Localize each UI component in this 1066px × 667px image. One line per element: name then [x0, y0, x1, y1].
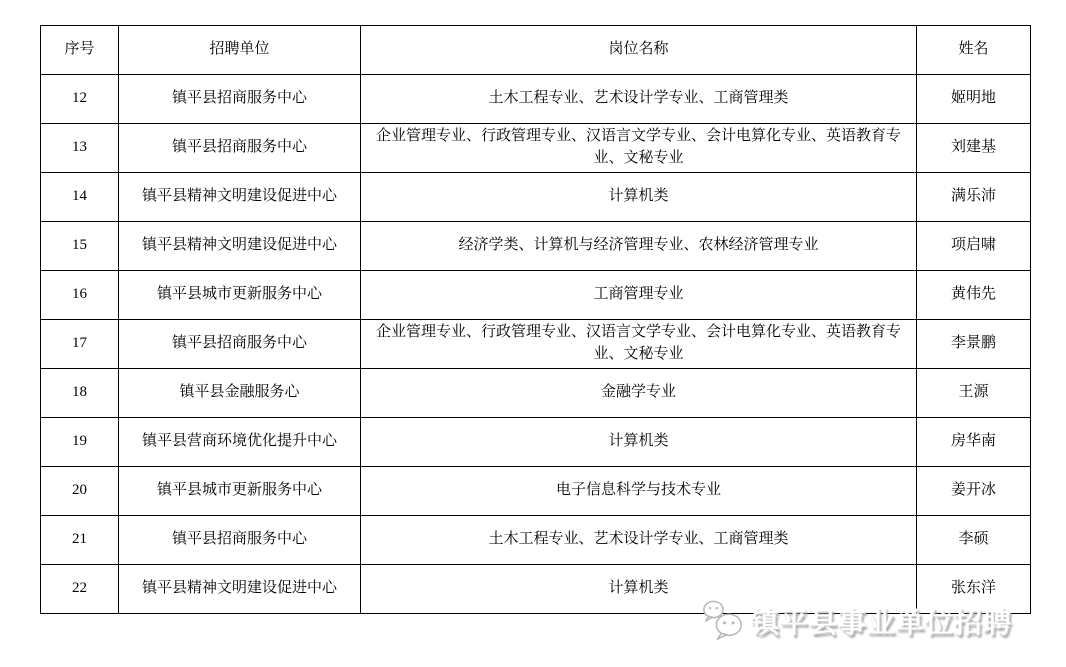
row-position-cell: 企业管理专业、行政管理专业、汉语言文学专业、会计电算化专业、英语教育专业、文秘专…: [361, 320, 917, 369]
row-no-cell: 19: [41, 418, 119, 467]
row-position-cell: 企业管理专业、行政管理专业、汉语言文学专业、会计电算化专业、英语教育专业、文秘专…: [361, 124, 917, 173]
row-position-cell: 土木工程专业、艺术设计学专业、工商管理类: [361, 516, 917, 565]
row-no-cell: 21: [41, 516, 119, 565]
row-no-cell: 15: [41, 222, 119, 271]
row-unit-cell: 镇平县精神文明建设促进中心: [119, 565, 361, 614]
row-position-cell: 土木工程专业、艺术设计学专业、工商管理类: [361, 75, 917, 124]
row-name-cell: 姬明地: [917, 75, 1031, 124]
row-unit-cell: 镇平县精神文明建设促进中心: [119, 222, 361, 271]
row-unit-cell: 镇平县精神文明建设促进中心: [119, 173, 361, 222]
page-background: 序号 招聘单位 岗位名称 姓名 12镇平县招商服务中心土木工程专业、艺术设计学专…: [0, 0, 1066, 667]
row-position-cell: 工商管理专业: [361, 271, 917, 320]
row-unit-cell: 镇平县城市更新服务中心: [119, 467, 361, 516]
table-row: 13镇平县招商服务中心企业管理专业、行政管理专业、汉语言文学专业、会计电算化专业…: [41, 124, 1031, 173]
row-no-cell: 18: [41, 369, 119, 418]
col-header-position: 岗位名称: [361, 26, 917, 75]
row-no-cell: 13: [41, 124, 119, 173]
table-row: 19镇平县营商环境优化提升中心计算机类房华南: [41, 418, 1031, 467]
row-name-cell: 姜开冰: [917, 467, 1031, 516]
row-name-cell: 满乐沛: [917, 173, 1031, 222]
row-position-cell: 电子信息科学与技术专业: [361, 467, 917, 516]
row-no-cell: 16: [41, 271, 119, 320]
row-name-cell: 李景鹏: [917, 320, 1031, 369]
row-name-cell: 张东洋: [917, 565, 1031, 614]
table-row: 14镇平县精神文明建设促进中心计算机类满乐沛: [41, 173, 1031, 222]
row-name-cell: 李硕: [917, 516, 1031, 565]
row-name-cell: 房华南: [917, 418, 1031, 467]
table-row: 18镇平县金融服务心金融学专业王源: [41, 369, 1031, 418]
table-row: 16镇平县城市更新服务中心工商管理专业黄伟先: [41, 271, 1031, 320]
row-name-cell: 项启啸: [917, 222, 1031, 271]
row-no-cell: 14: [41, 173, 119, 222]
col-header-name: 姓名: [917, 26, 1031, 75]
row-name-cell: 王源: [917, 369, 1031, 418]
col-header-no: 序号: [41, 26, 119, 75]
table-row: 12镇平县招商服务中心土木工程专业、艺术设计学专业、工商管理类姬明地: [41, 75, 1031, 124]
row-position-cell: 计算机类: [361, 565, 917, 614]
table-row: 15镇平县精神文明建设促进中心经济学类、计算机与经济管理专业、农林经济管理专业项…: [41, 222, 1031, 271]
row-unit-cell: 镇平县金融服务心: [119, 369, 361, 418]
row-name-cell: 刘建基: [917, 124, 1031, 173]
row-unit-cell: 镇平县营商环境优化提升中心: [119, 418, 361, 467]
col-header-unit: 招聘单位: [119, 26, 361, 75]
row-no-cell: 22: [41, 565, 119, 614]
row-position-cell: 经济学类、计算机与经济管理专业、农林经济管理专业: [361, 222, 917, 271]
row-unit-cell: 镇平县招商服务中心: [119, 516, 361, 565]
row-name-cell: 黄伟先: [917, 271, 1031, 320]
table-row: 20镇平县城市更新服务中心电子信息科学与技术专业姜开冰: [41, 467, 1031, 516]
row-unit-cell: 镇平县招商服务中心: [119, 75, 361, 124]
row-position-cell: 计算机类: [361, 418, 917, 467]
row-position-cell: 金融学专业: [361, 369, 917, 418]
row-no-cell: 17: [41, 320, 119, 369]
row-no-cell: 20: [41, 467, 119, 516]
row-unit-cell: 镇平县招商服务中心: [119, 320, 361, 369]
recruitment-table: 序号 招聘单位 岗位名称 姓名 12镇平县招商服务中心土木工程专业、艺术设计学专…: [40, 25, 1031, 614]
row-position-cell: 计算机类: [361, 173, 917, 222]
table-row: 22镇平县精神文明建设促进中心计算机类张东洋: [41, 565, 1031, 614]
table-row: 21镇平县招商服务中心土木工程专业、艺术设计学专业、工商管理类李硕: [41, 516, 1031, 565]
row-unit-cell: 镇平县招商服务中心: [119, 124, 361, 173]
table-row: 17镇平县招商服务中心企业管理专业、行政管理专业、汉语言文学专业、会计电算化专业…: [41, 320, 1031, 369]
header-row: 序号 招聘单位 岗位名称 姓名: [41, 26, 1031, 75]
row-unit-cell: 镇平县城市更新服务中心: [119, 271, 361, 320]
row-no-cell: 12: [41, 75, 119, 124]
